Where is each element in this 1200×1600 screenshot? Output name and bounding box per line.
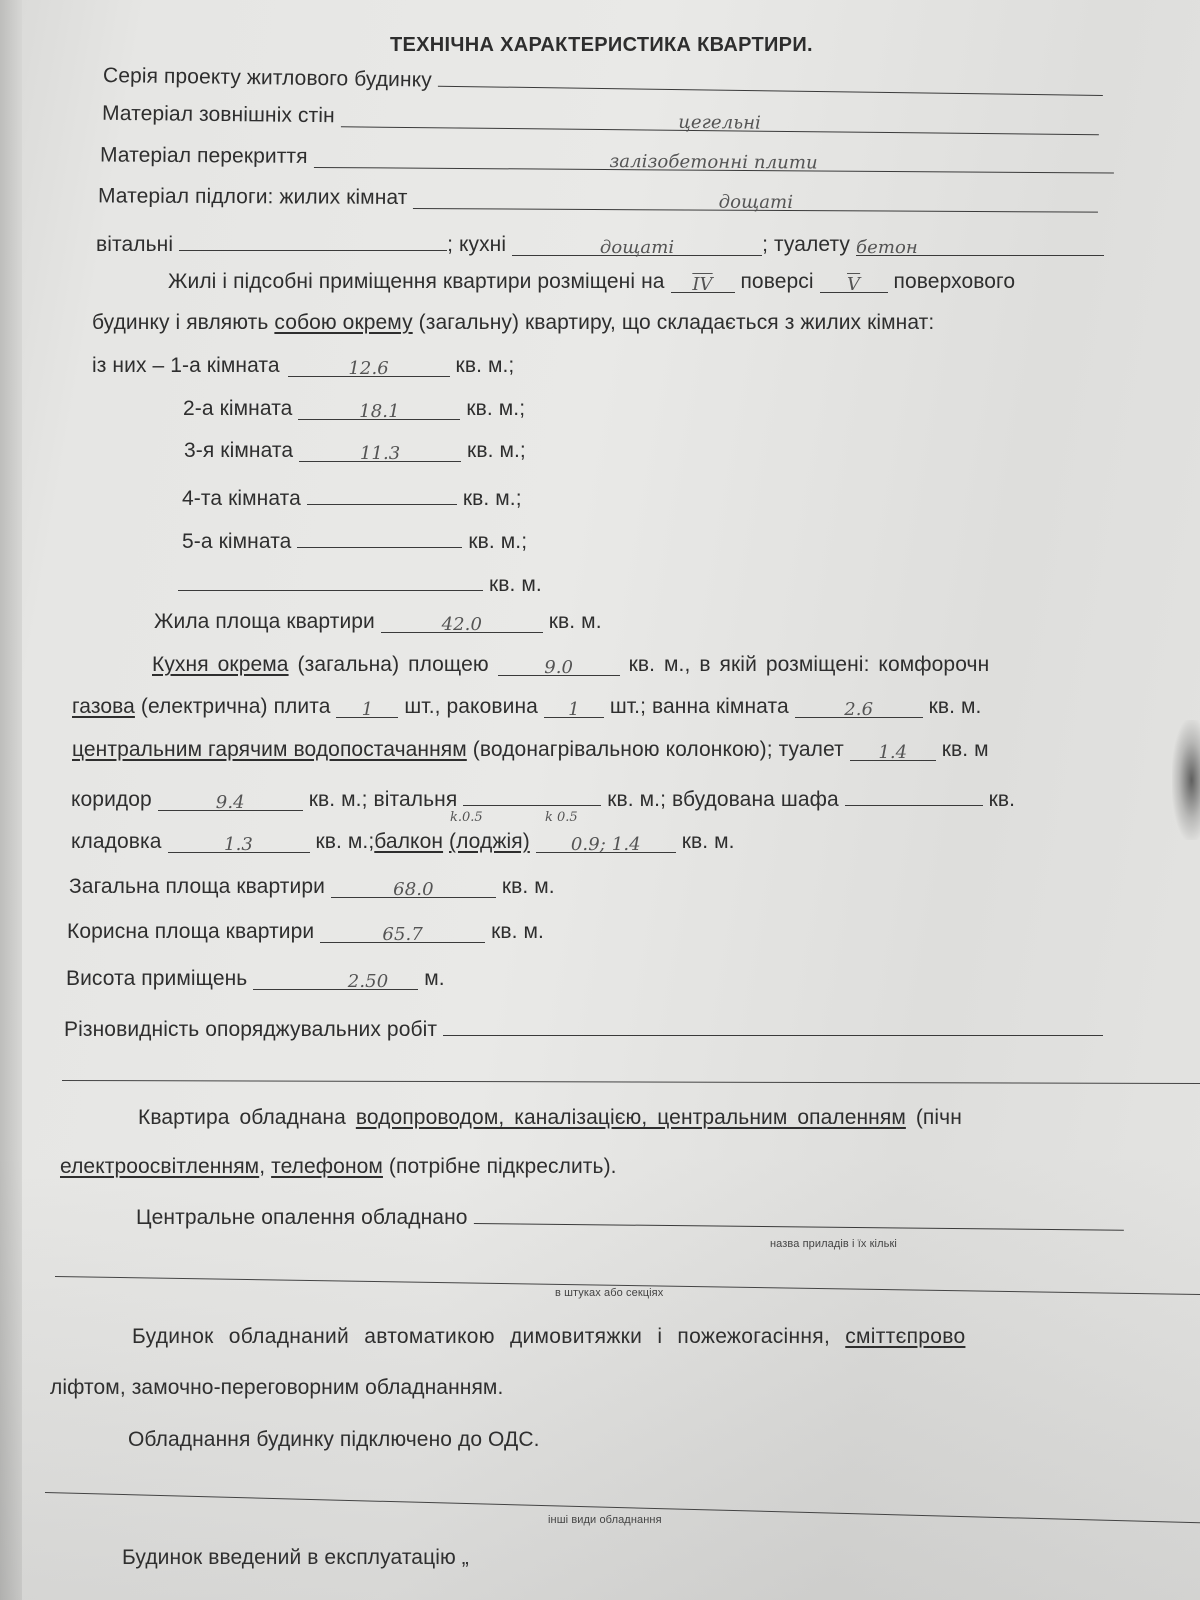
input-useful-area[interactable]: 65.7 <box>320 920 485 943</box>
field-equipped-line2: електроосвітленням, телефоном (потрібне … <box>60 1155 617 1179</box>
field-corridor: коридор 9.4 кв. м.; вітальня кв. м.; вбу… <box>71 783 1015 812</box>
field-heating: Центральне опалення обладнано <box>136 1201 1124 1230</box>
field-ods: Обладнання будинку підключено до ОДС. <box>128 1428 540 1452</box>
input-sink-count[interactable]: 1 <box>544 695 604 718</box>
unit: кв. м.; <box>456 354 515 377</box>
field-commissioned: Будинок введений в експлуатацію „ <box>122 1546 469 1570</box>
field-location-line2: будинку і являють собою окрему (загальну… <box>92 311 934 335</box>
field-building-equipment-line2: ліфтом, замочно-переговорним обладнанням… <box>50 1376 503 1400</box>
room-row-6: кв. м. <box>178 568 542 597</box>
label-floor-hall: вітальні <box>96 233 173 256</box>
text-kitchen-underlined: Кухня окрема <box>152 653 289 676</box>
text-separator: , <box>259 1155 271 1178</box>
label-floor-toilet: ; туалету <box>762 233 850 256</box>
room-label: 2-а кімната <box>183 397 292 420</box>
input-room-other[interactable] <box>178 568 483 591</box>
room-label: 4-та кімната <box>182 487 301 510</box>
text-gas-underlined: газова <box>72 695 135 718</box>
text-separate-underlined: собою окрему <box>274 311 412 334</box>
text-hot-water-underlined: центральним гарячим водопостачанням <box>72 738 467 761</box>
input-kitchen-area[interactable]: 9.0 <box>498 653 620 676</box>
unit: кв. м. <box>489 573 542 596</box>
input-total-area[interactable]: 68.0 <box>331 875 496 898</box>
unit: кв. <box>989 788 1015 811</box>
label-corridor: коридор <box>71 788 152 811</box>
room-row-3: 3-я кімната 11.3 кв. м.; <box>184 439 526 463</box>
room-label: 3-я кімната <box>184 439 293 462</box>
label-total-area: Загальна площа квартири <box>69 875 325 898</box>
label-finishing: Різновидність опоряджувальних робіт <box>64 1018 437 1041</box>
field-kitchen: Кухня окрема (загальна) площею 9.0 кв. м… <box>152 653 989 677</box>
input-storage-area[interactable]: 1.3 <box>168 830 310 853</box>
input-floor-number[interactable]: IV <box>671 270 735 293</box>
label-kitchen: (загальна) площею <box>298 653 489 676</box>
text-location-5: (загальну) квартиру, що складається з жи… <box>419 311 935 334</box>
field-location: Жилі і підсобні приміщення квартири розм… <box>168 270 1015 294</box>
input-floor-hall[interactable] <box>179 228 447 251</box>
finishing-continuation-line <box>62 1080 1200 1084</box>
unit: кв. м <box>942 738 989 761</box>
text-balcony-underlined: балкон <box>374 830 443 853</box>
unit: кв. м.; <box>467 439 526 462</box>
text-commissioned: Будинок введений в експлуатацію „ <box>122 1546 469 1569</box>
page-edge <box>0 0 22 1600</box>
input-wardrobe-area[interactable] <box>845 783 983 806</box>
unit: кв. м. <box>549 610 602 633</box>
input-finishing[interactable] <box>443 1013 1103 1036</box>
field-hot-water-toilet: центральним гарячим водопостачанням (вод… <box>72 738 989 762</box>
field-ceiling: Матеріал перекриття залізобетонні плити <box>100 143 1114 174</box>
unit: кв. м. <box>929 695 982 718</box>
text-location-2: поверсі <box>740 270 813 293</box>
input-room-area[interactable] <box>307 482 457 505</box>
input-height[interactable]: 2.50 <box>253 967 418 990</box>
ink-smudge <box>1172 720 1200 840</box>
input-ceiling[interactable]: залізобетонні плити <box>314 145 1114 174</box>
field-storage-balcony: кладовка 1.3 кв. м.;балкон (лоджія) 0.9;… <box>71 830 735 854</box>
text-equipped-note: (потрібне підкреслить). <box>389 1155 617 1178</box>
text-kitchen-suffix: кв. м., в якій розміщені: комфорочн <box>629 653 990 676</box>
input-room-area[interactable]: 12.6 <box>288 354 450 377</box>
input-living-area[interactable]: 42.0 <box>381 610 543 633</box>
document-title: ТЕХНІЧНА ХАРАКТЕРИСТИКА КВАРТИРИ. <box>390 34 813 57</box>
label-height: Висота приміщень <box>66 967 247 990</box>
input-floor-living[interactable]: дощаті <box>413 186 1098 213</box>
text-equipped-post: (пічн <box>916 1106 962 1129</box>
field-stove-sink-bath: газова (електрична) плита 1 шт., раковин… <box>72 695 982 719</box>
room-label: 1-а кімната <box>170 354 279 377</box>
loggia-coefficient-note: k 0.5 <box>545 810 578 825</box>
room-label: 5-а кімната <box>182 530 291 553</box>
rooms-prefix: із них – <box>92 354 164 377</box>
field-finishing: Різновидність опоряджувальних робіт <box>64 1013 1103 1042</box>
field-equipped: Квартира обладнана водопроводом, каналіз… <box>138 1106 962 1130</box>
label-toilet: (водонагрівальною колонкою); туалет <box>473 738 844 761</box>
label-ceiling: Матеріал перекриття <box>100 143 308 167</box>
unit: кв. м. <box>502 875 555 898</box>
heating-caption-2: в штуках або секціях <box>555 1287 663 1299</box>
label-sink: шт., раковина <box>404 695 538 718</box>
input-bathroom-area[interactable]: 2.6 <box>795 695 923 718</box>
text-location-4: будинку і являють <box>92 311 268 334</box>
label-outer-walls: Матеріал зовнішніх стін <box>102 102 335 127</box>
unit: кв. м.; <box>315 830 374 853</box>
field-floor-other: вітальні ; кухні дощаті; туалету бетон <box>96 228 1104 257</box>
text-location-1: Жилі і підсобні приміщення квартири розм… <box>168 270 665 293</box>
field-living-area: Жила площа квартири 42.0 кв. м. <box>154 610 602 634</box>
text-equipped-pre: Квартира обладнана <box>138 1106 346 1129</box>
input-floor-toilet[interactable]: бетон <box>856 233 1104 256</box>
text-building-equipment-2: ліфтом, замочно-переговорним обладнанням… <box>50 1376 503 1399</box>
input-corridor-area[interactable]: 9.4 <box>158 788 303 811</box>
label-living-area: Жила площа квартири <box>154 610 375 633</box>
unit: кв. м. <box>491 920 544 943</box>
label-stove: (електрична) плита <box>141 695 331 718</box>
unit: кв. м.; <box>463 487 522 510</box>
input-toilet-area[interactable]: 1.4 <box>850 738 936 761</box>
field-total-area: Загальна площа квартири 68.0 кв. м. <box>69 875 555 899</box>
other-equipment-caption: інші види обладнання <box>548 1514 662 1526</box>
text-garbage-chute-underlined: сміттєпрово <box>845 1325 965 1348</box>
input-building-floors[interactable]: V <box>820 270 888 293</box>
input-room-area[interactable]: 18.1 <box>298 397 460 420</box>
label-project-series: Серія проекту житлового будинку <box>103 64 432 92</box>
text-equipped-underlined: водопроводом, каналізацією, центральним … <box>356 1106 906 1129</box>
input-heating[interactable] <box>473 1201 1123 1231</box>
field-outer-walls: Матеріал зовнішніх стін цегельні <box>102 102 1099 136</box>
unit: м. <box>424 967 444 990</box>
label-storage: кладовка <box>71 830 162 853</box>
balcony-coefficient-note: k.0.5 <box>450 810 483 825</box>
text-ods: Обладнання будинку підключено до ОДС. <box>128 1428 540 1451</box>
field-building-equipment: Будинок обладнаний автоматикою димовитяж… <box>132 1325 965 1349</box>
text-building-equipment: Будинок обладнаний автоматикою димовитяж… <box>132 1325 830 1348</box>
input-floor-kitchen[interactable]: дощаті <box>512 233 762 256</box>
input-room-area[interactable]: 11.3 <box>299 439 461 462</box>
text-loggia-underlined: (лоджія) <box>449 830 530 853</box>
label-heating: Центральне опалення обладнано <box>136 1206 468 1229</box>
label-bathroom: шт.; ванна кімната <box>610 695 789 718</box>
room-row-5: 5-а кімната кв. м.; <box>182 525 527 554</box>
unit: кв. м.; <box>466 397 525 420</box>
field-height: Висота приміщень 2.50 м. <box>66 967 445 991</box>
room-row-1: із них – 1-а кімната 12.6 кв. м.; <box>92 354 514 378</box>
input-project-series[interactable] <box>438 64 1103 96</box>
input-room-area[interactable] <box>297 525 462 548</box>
input-hall-area[interactable] <box>463 783 601 806</box>
text-electric-underlined: електроосвітленням <box>60 1155 259 1178</box>
label-floor-living: Матеріал підлоги: жилих кімнат <box>98 184 408 209</box>
label-floor-kitchen: ; кухні <box>447 233 506 256</box>
heating-caption: назва приладів і їх кількі <box>770 1238 897 1250</box>
input-stove-count[interactable]: 1 <box>336 695 398 718</box>
room-row-4: 4-та кімната кв. м.; <box>182 482 522 511</box>
input-balcony-area[interactable]: 0.9; 1.4 <box>536 830 676 853</box>
text-location-3: поверхового <box>894 270 1016 293</box>
unit: кв. м.; <box>468 530 527 553</box>
label-wardrobe: кв. м.; вбудована шафа <box>607 788 839 811</box>
unit: кв. м. <box>682 830 735 853</box>
input-outer-walls[interactable]: цегельні <box>341 104 1099 135</box>
field-floor-living: Матеріал підлоги: жилих кімнат дощаті <box>98 184 1099 213</box>
field-project-series: Серія проекту житлового будинку <box>103 59 1103 102</box>
label-useful-area: Корисна площа квартири <box>67 920 314 943</box>
text-phone-underlined: телефоном <box>271 1155 383 1178</box>
label-hall: кв. м.; вітальня <box>309 788 458 811</box>
room-row-2: 2-а кімната 18.1 кв. м.; <box>183 397 525 421</box>
field-useful-area: Корисна площа квартири 65.7 кв. м. <box>67 920 544 944</box>
